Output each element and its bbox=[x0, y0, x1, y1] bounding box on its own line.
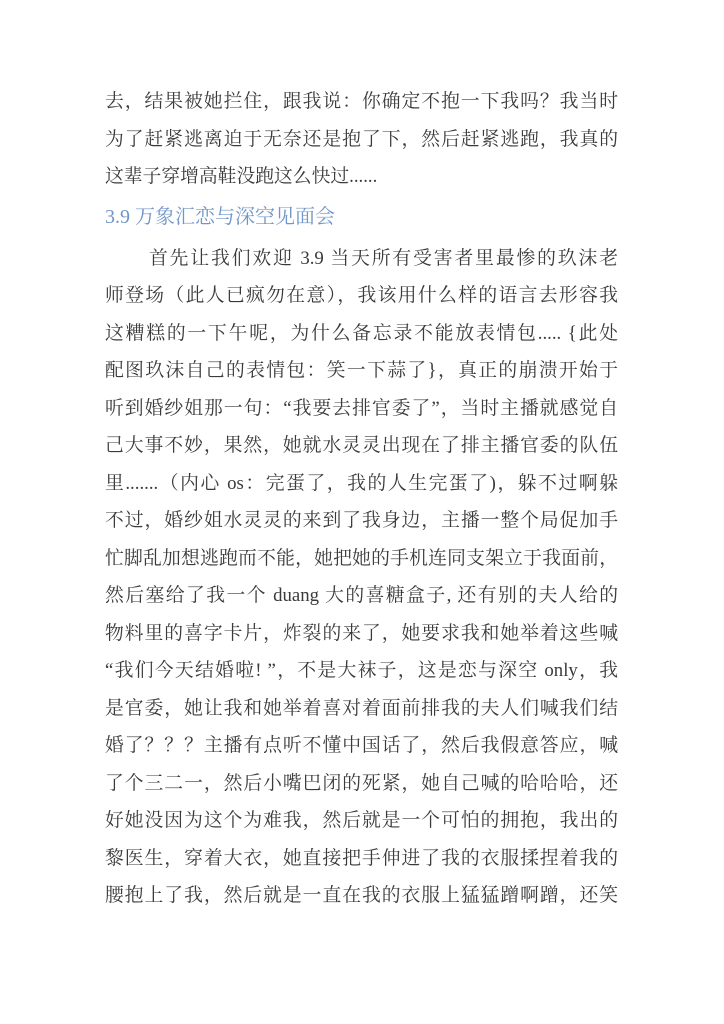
text-line: 不过，婚纱姐水灵灵的来到了我身边，主播一整个局促加手 bbox=[105, 502, 618, 540]
paragraph-main: 首先让我们欢迎 3.9 当天所有受害者里最惨的玖沫老师登场（此人已疯勿在意），我… bbox=[105, 240, 618, 915]
text-line: 了个三二一，然后小嘴巴闭的死紧，她自己喊的哈哈哈，还 bbox=[105, 765, 618, 803]
text-line: 黎医生，穿着大衣，她直接把手伸进了我的衣服揉捏着我的 bbox=[105, 840, 618, 878]
text-line: 里.......（内心 os：完蛋了，我的人生完蛋了)，躲不过啊躲 bbox=[105, 465, 618, 503]
text-line: 好她没因为这个为难我，然后就是一个可怕的拥抱，我出的 bbox=[105, 802, 618, 840]
text-line: “我们今天结婚啦! ”，不是大袜子，这是恋与深空 only，我 bbox=[105, 652, 618, 690]
paragraph-continuation: 去，结果被她拦住，跟我说：你确定不抱一下我吗？我当时为了赶紧逃离迫于无奈还是抱了… bbox=[105, 83, 618, 196]
text-line: 这辈子穿增高鞋没跑这么快过...... bbox=[105, 158, 618, 196]
text-line: 腰抱上了我，然后就是一直在我的衣服上猛猛蹭啊蹭，还笑 bbox=[105, 877, 618, 915]
text-line: 首先让我们欢迎 3.9 当天所有受害者里最惨的玖沫老 bbox=[105, 240, 618, 278]
section-heading: 3.9 万象汇恋与深空见面会 bbox=[105, 204, 618, 230]
text-line: 忙脚乱加想逃跑而不能，她把她的手机连同支架立于我面前， bbox=[105, 540, 618, 578]
text-line: 然后塞给了我一个 duang 大的喜糖盒子, 还有别的夫人给的 bbox=[105, 577, 618, 615]
document-page: 去，结果被她拦住，跟我说：你确定不抱一下我吗？我当时为了赶紧逃离迫于无奈还是抱了… bbox=[0, 0, 724, 1024]
text-line: 己大事不妙，果然，她就水灵灵出现在了排主播官委的队伍 bbox=[105, 427, 618, 465]
text-line: 是官委，她让我和她举着喜对着面前排我的夫人们喊我们结 bbox=[105, 690, 618, 728]
text-line: 这糟糕的一下午呢，为什么备忘录不能放表情包..... {此处 bbox=[105, 315, 618, 353]
text-line: 物料里的喜字卡片，炸裂的来了，她要求我和她举着这些喊 bbox=[105, 615, 618, 653]
article-body: 去，结果被她拦住，跟我说：你确定不抱一下我吗？我当时为了赶紧逃离迫于无奈还是抱了… bbox=[105, 83, 618, 915]
text-line: 听到婚纱姐那一句：“我要去排官委了”，当时主播就感觉自 bbox=[105, 390, 618, 428]
text-line: 婚了？？？主播有点听不懂中国话了，然后我假意答应，喊 bbox=[105, 727, 618, 765]
text-line: 去，结果被她拦住，跟我说：你确定不抱一下我吗？我当时 bbox=[105, 83, 618, 121]
text-line: 为了赶紧逃离迫于无奈还是抱了下，然后赶紧逃跑，我真的 bbox=[105, 121, 618, 159]
text-line: 师登场（此人已疯勿在意），我该用什么样的语言去形容我 bbox=[105, 277, 618, 315]
text-line: 配图玖沫自己的表情包：笑一下蒜了}，真正的崩溃开始于 bbox=[105, 352, 618, 390]
